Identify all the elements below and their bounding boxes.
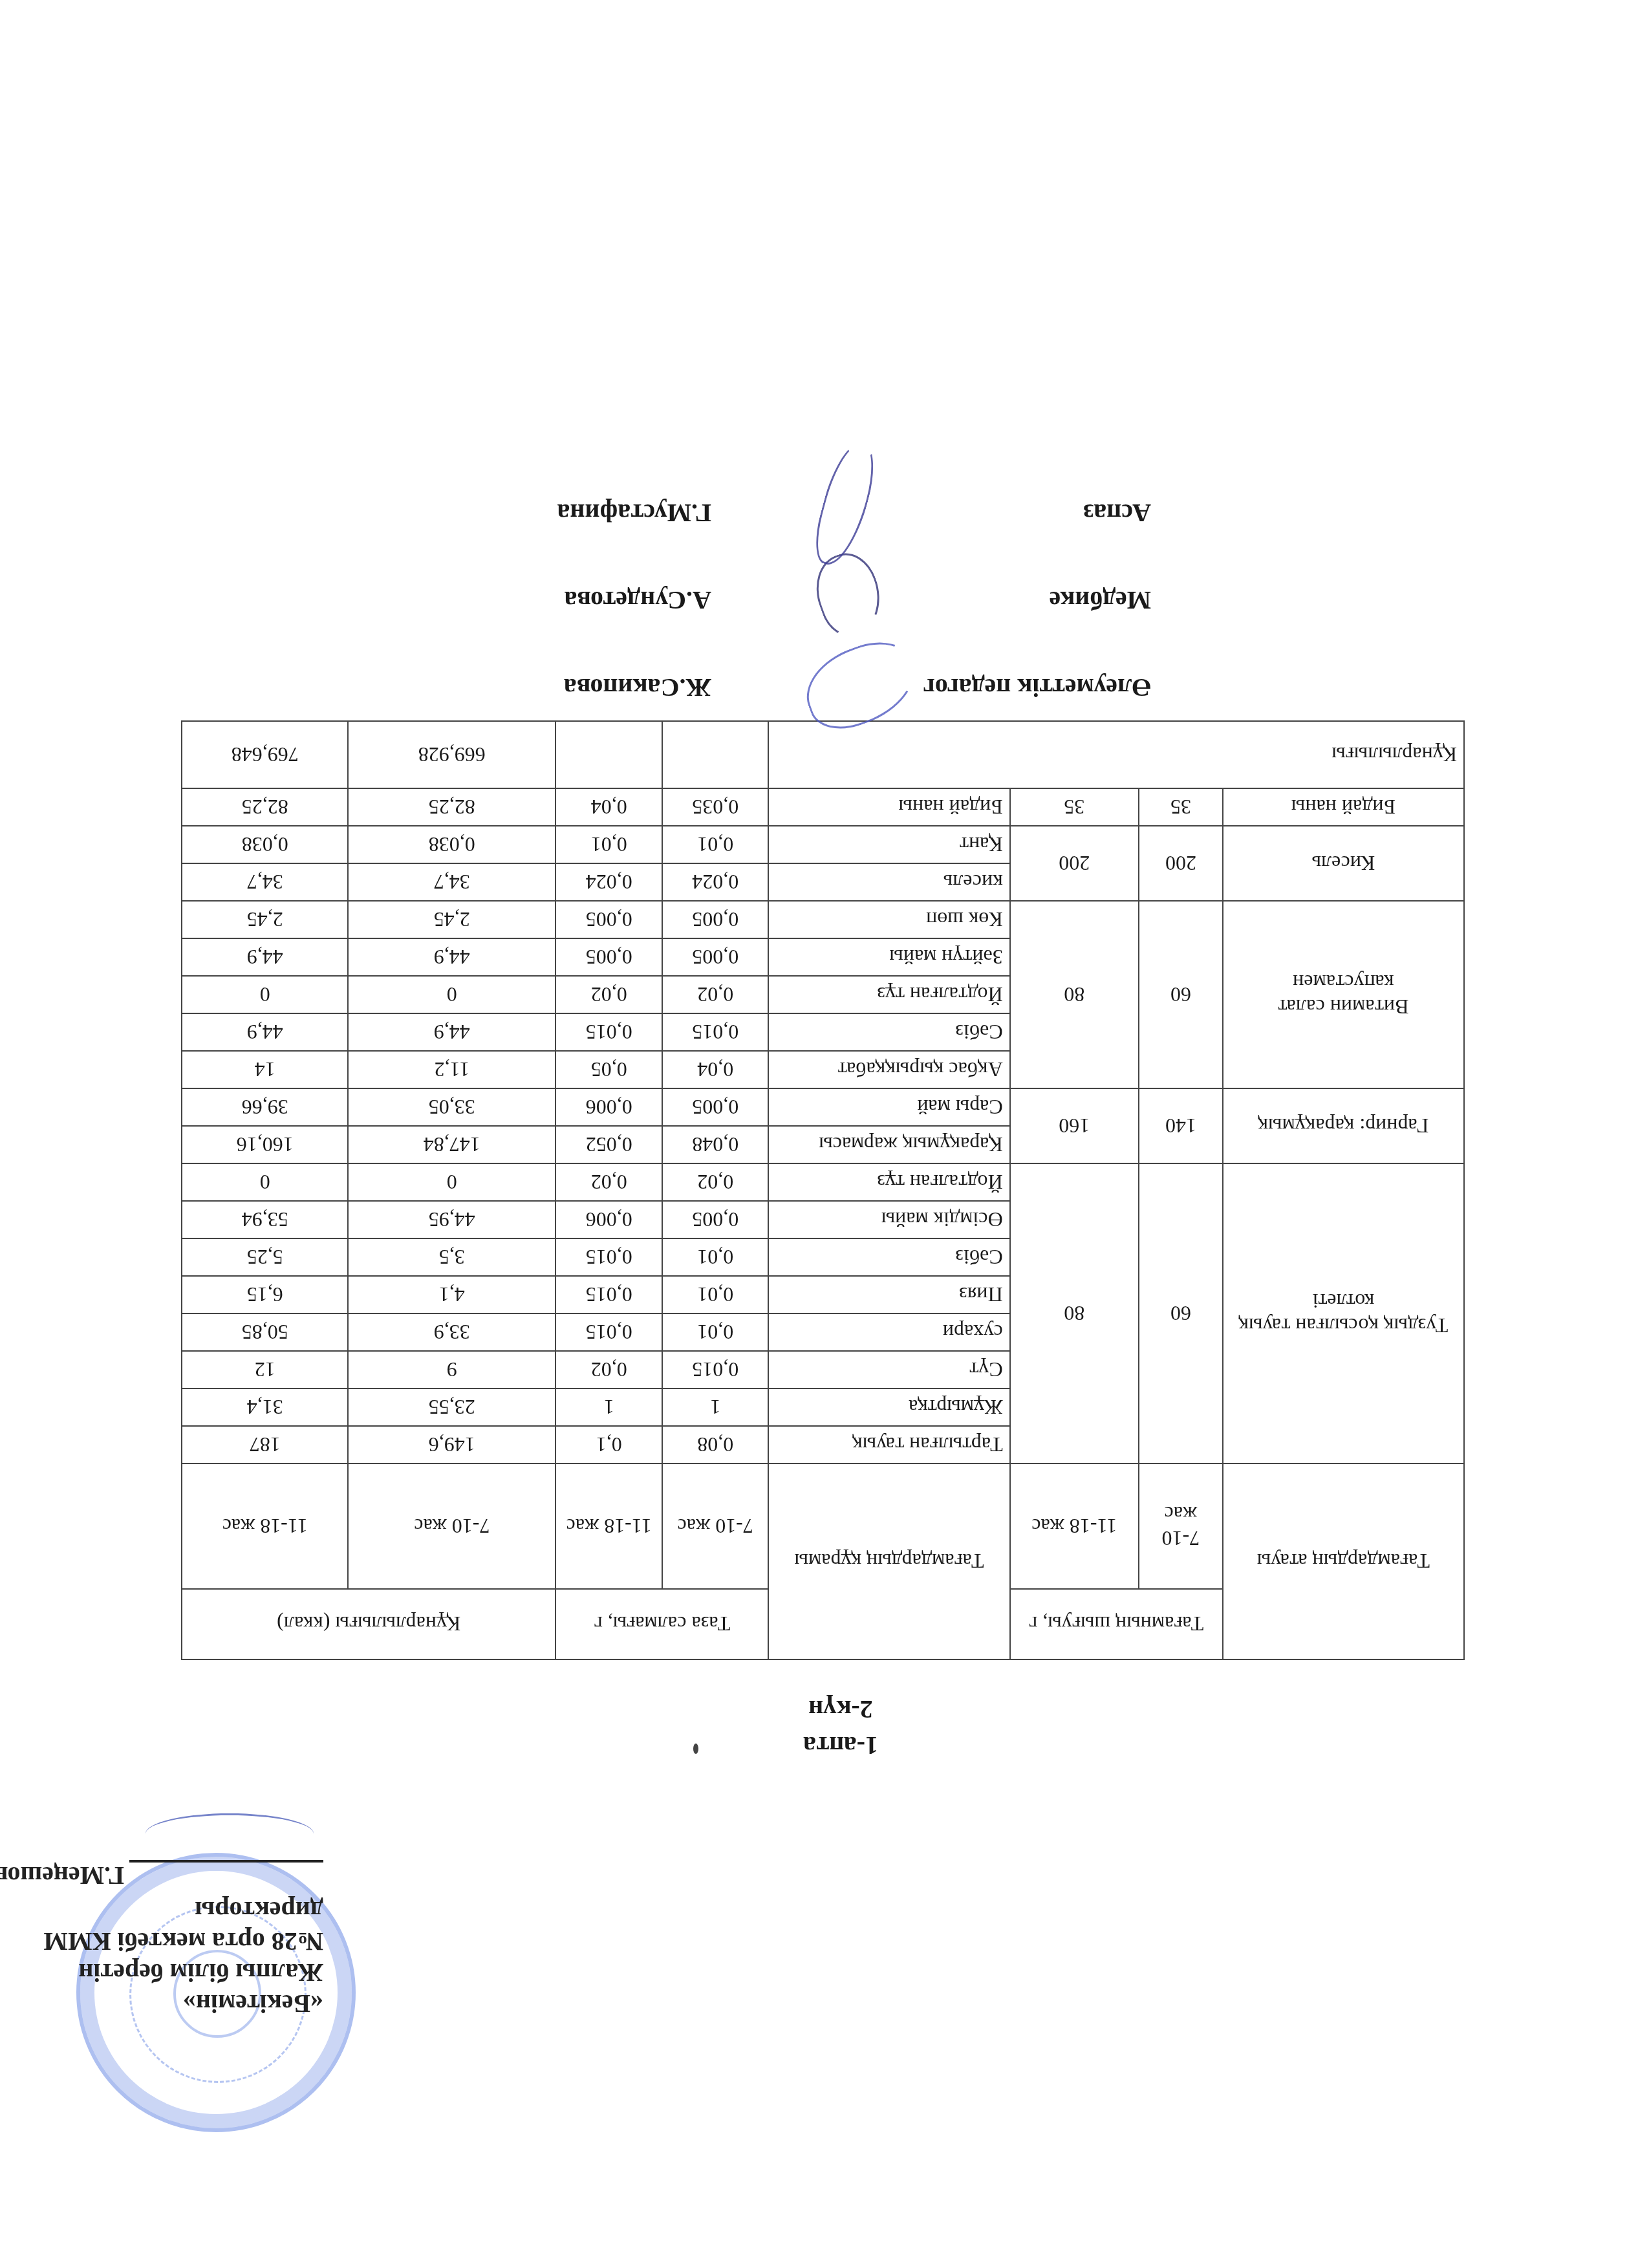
kcal-7-10: 33,05	[348, 1088, 555, 1126]
net-weight-7-10: 0,08	[662, 1426, 769, 1463]
menu-table-body: Туздық қосылған тауық котлеті6080Тартылғ…	[182, 721, 1464, 1463]
ingredient-name: Сәбіз	[769, 1238, 1010, 1276]
kcal-7-10: 9	[348, 1351, 555, 1388]
header-yield: Тағамның шығуы, г	[1010, 1589, 1223, 1659]
net-weight-11-18: 0,02	[555, 1351, 662, 1388]
net-weight-7-10: 0,005	[662, 938, 769, 976]
net-weight-7-10: 0,01	[662, 1276, 769, 1313]
ingredient-name: Сары май	[769, 1088, 1010, 1126]
header-weight-7-10: 7-10 жас	[662, 1463, 769, 1589]
kcal-11-18: 82,25	[182, 788, 348, 826]
day-label: 2-күн	[744, 1691, 938, 1727]
kcal-7-10: 44,9	[348, 1013, 555, 1051]
table-row: Кисель200200кисель0,0240,02434,734,7	[182, 863, 1464, 901]
total-empty-cell	[555, 721, 662, 788]
dish-name: Гарнир: қарақұмық	[1223, 1088, 1464, 1163]
dish-yield-7-10: 140	[1139, 1088, 1223, 1163]
kcal-7-10: 33,9	[348, 1313, 555, 1351]
menu-table: Тағамдардың атауы Тағамның шығуы, г Таға…	[181, 720, 1465, 1660]
net-weight-7-10: 0,015	[662, 1013, 769, 1051]
net-weight-11-18: 0,005	[555, 938, 662, 976]
total-label: Құнарлылығы	[769, 721, 1465, 788]
approval-title: «Бекітемін»	[0, 1988, 323, 2019]
header-composition: Тағамдардың құрамы	[769, 1463, 1010, 1659]
table-row: Бидай наны3535Бидай наны0,0350,0482,2582…	[182, 788, 1464, 826]
kcal-7-10: 44,95	[348, 1201, 555, 1238]
ingredient-name: Бидай наны	[769, 788, 1010, 826]
kcal-11-18: 12	[182, 1351, 348, 1388]
header-kcal-11-18: 11-18 жас	[182, 1463, 348, 1589]
kcal-7-10: 149,6	[348, 1426, 555, 1463]
document-title: 1-апта 2-күн	[744, 1691, 938, 1764]
director-signature-icon	[145, 1813, 314, 1854]
net-weight-7-10: 0,005	[662, 1201, 769, 1238]
signature-line	[129, 1860, 323, 1888]
net-weight-11-18: 0,052	[555, 1126, 662, 1163]
kcal-11-18: 0	[182, 1163, 348, 1201]
kcal-11-18: 2,45	[182, 901, 348, 938]
ingredient-name: Сәбіз	[769, 1013, 1010, 1051]
kcal-11-18: 39,66	[182, 1088, 348, 1126]
signature-row: Медбике А.Сундетова	[440, 528, 1151, 616]
net-weight-11-18: 0,024	[555, 863, 662, 901]
dish-yield-11-18: 160	[1010, 1088, 1139, 1163]
ingredient-name: Йодталған тұз	[769, 976, 1010, 1013]
kcal-11-18: 160,16	[182, 1126, 348, 1163]
header-yield-7-10: 7-10 жас	[1139, 1463, 1223, 1589]
dish-name: Витамин салат капустамен	[1223, 901, 1464, 1088]
net-weight-7-10: 0,048	[662, 1126, 769, 1163]
net-weight-11-18: 0,02	[555, 1163, 662, 1201]
ingredient-name: Өсімдік майы	[769, 1201, 1010, 1238]
dish-yield-11-18: 80	[1010, 901, 1139, 1088]
net-weight-11-18: 0,02	[555, 976, 662, 1013]
dish-yield-11-18: 80	[1010, 1163, 1139, 1463]
total-row: Құнарлылығы669,928769,648	[182, 721, 1464, 788]
net-weight-7-10: 0,04	[662, 1051, 769, 1088]
net-weight-7-10: 0,024	[662, 863, 769, 901]
ingredient-name: Қарақұмық жармасы	[769, 1126, 1010, 1163]
net-weight-7-10: 0,01	[662, 826, 769, 863]
net-weight-11-18: 0,015	[555, 1313, 662, 1351]
ingredient-name: Йодталған тұз	[769, 1163, 1010, 1201]
director-name: Г.Меңешова	[0, 1860, 124, 1891]
approval-block: «Бекітемін» Жалпы білім беретін №28 орта…	[0, 1860, 323, 2019]
total-kcal-7-10: 669,928	[348, 721, 555, 788]
total-kcal-11-18: 769,648	[182, 721, 348, 788]
kcal-7-10: 11,2	[348, 1051, 555, 1088]
kcal-11-18: 187	[182, 1426, 348, 1463]
kcal-7-10: 4,1	[348, 1276, 555, 1313]
kcal-11-18: 44,9	[182, 938, 348, 976]
dish-yield-7-10: 60	[1139, 901, 1223, 1088]
dish-name: Туздық қосылған тауық котлеті	[1223, 1163, 1464, 1463]
dish-yield-7-10: 60	[1139, 1163, 1223, 1463]
kcal-11-18: 5,25	[182, 1238, 348, 1276]
signature-row: Әлеуметтік педагог Ж.Сакипова	[440, 616, 1151, 703]
kcal-11-18: 31,4	[182, 1388, 348, 1426]
dish-yield-11-18: 35	[1010, 788, 1139, 826]
week-label: 1-апта	[744, 1727, 938, 1764]
dish-yield-7-10: 200	[1139, 826, 1223, 901]
net-weight-11-18: 0,015	[555, 1013, 662, 1051]
net-weight-7-10: 0,01	[662, 1313, 769, 1351]
kcal-7-10: 147,84	[348, 1126, 555, 1163]
kcal-11-18: 0,038	[182, 826, 348, 863]
approval-position: директоры	[0, 1895, 323, 1926]
net-weight-7-10: 0,02	[662, 1163, 769, 1201]
ingredient-name: Пияз	[769, 1276, 1010, 1313]
signatures-block: Әлеуметтік педагог Ж.Сакипова Медбике А.…	[440, 441, 1151, 703]
menu-document-page: «Бекітемін» Жалпы білім беретін №28 орта…	[0, 0, 1649, 2268]
net-weight-7-10: 0,005	[662, 901, 769, 938]
net-weight-11-18: 0,1	[555, 1426, 662, 1463]
net-weight-7-10: 0,015	[662, 1351, 769, 1388]
kcal-11-18: 50,85	[182, 1313, 348, 1351]
kcal-11-18: 0	[182, 976, 348, 1013]
kcal-11-18: 53,94	[182, 1201, 348, 1238]
ingredient-name: Қант	[769, 826, 1010, 863]
signature-role: Әлеуметтік педагог	[923, 673, 1151, 703]
ingredient-name: сухари	[769, 1313, 1010, 1351]
kcal-7-10: 0	[348, 1163, 555, 1201]
header-yield-11-18: 11-18 жас	[1010, 1463, 1139, 1589]
header-kcal-7-10: 7-10 жас	[348, 1463, 555, 1589]
ingredient-name: Жұмыртқа	[769, 1388, 1010, 1426]
kcal-7-10: 34,7	[348, 863, 555, 901]
ingredient-name: Ақбас қырыққабат	[769, 1051, 1010, 1088]
net-weight-11-18: 0,015	[555, 1276, 662, 1313]
kcal-7-10: 82,25	[348, 788, 555, 826]
kcal-7-10: 44,9	[348, 938, 555, 976]
dish-name: Бидай наны	[1223, 788, 1464, 826]
kcal-7-10: 0	[348, 976, 555, 1013]
table-row: Туздық қосылған тауық котлеті6080Тартылғ…	[182, 1426, 1464, 1463]
net-weight-7-10: 0,005	[662, 1088, 769, 1126]
table-header-row: Тағамдардың атауы Тағамның шығуы, г Таға…	[182, 1589, 1464, 1659]
kcal-7-10: 23,55	[348, 1388, 555, 1426]
signature-role: Аспаз	[1083, 498, 1151, 528]
ingredient-name: кисель	[769, 863, 1010, 901]
ink-dot	[693, 1744, 698, 1754]
dish-yield-7-10: 35	[1139, 788, 1223, 826]
header-calories: Құнарлылығы (ккал)	[182, 1589, 555, 1659]
signature-name: А.Сундетова	[564, 585, 711, 616]
approval-org-line1: Жалпы білім беретін	[0, 1957, 323, 1988]
header-weight-11-18: 11-18 жас	[555, 1463, 662, 1589]
net-weight-11-18: 0,04	[555, 788, 662, 826]
net-weight-11-18: 0,006	[555, 1088, 662, 1126]
net-weight-11-18: 0,01	[555, 826, 662, 863]
net-weight-11-18: 0,05	[555, 1051, 662, 1088]
net-weight-11-18: 1	[555, 1388, 662, 1426]
net-weight-7-10: 0,02	[662, 976, 769, 1013]
dish-name: Кисель	[1223, 826, 1464, 901]
ingredient-name: Тартылған тауық	[769, 1426, 1010, 1463]
dish-yield-11-18: 200	[1010, 826, 1139, 901]
header-net-weight: Таза салмағы, г	[555, 1589, 768, 1659]
kcal-11-18: 44,9	[182, 1013, 348, 1051]
net-weight-11-18: 0,005	[555, 901, 662, 938]
kcal-7-10: 2,45	[348, 901, 555, 938]
signature-role: Медбике	[1049, 585, 1151, 616]
ingredient-name: Зәйтүн майы	[769, 938, 1010, 976]
net-weight-7-10: 0,035	[662, 788, 769, 826]
kcal-11-18: 14	[182, 1051, 348, 1088]
net-weight-7-10: 0,01	[662, 1238, 769, 1276]
table-row: Витамин салат капустамен6080Ақбас қырыққ…	[182, 1051, 1464, 1088]
total-empty-cell	[662, 721, 769, 788]
net-weight-11-18: 0,006	[555, 1201, 662, 1238]
signature-name: Г.Мустафина	[557, 498, 711, 528]
ingredient-name: Көк шөп	[769, 901, 1010, 938]
ingredient-name: Сүт	[769, 1351, 1010, 1388]
kcal-11-18: 34,7	[182, 863, 348, 901]
header-dish-name: Тағамдардың атауы	[1223, 1463, 1464, 1659]
kcal-7-10: 0,038	[348, 826, 555, 863]
approval-org-line2: №28 орта мектебі КММ	[0, 1926, 323, 1957]
signature-name: Ж.Сакипова	[564, 673, 711, 703]
table-row: Гарнир: қарақұмық140160Қарақұмық жармасы…	[182, 1126, 1464, 1163]
net-weight-11-18: 0,015	[555, 1238, 662, 1276]
kcal-7-10: 3,5	[348, 1238, 555, 1276]
net-weight-7-10: 1	[662, 1388, 769, 1426]
signature-row: Аспаз Г.Мустафина	[440, 441, 1151, 528]
kcal-11-18: 6,15	[182, 1276, 348, 1313]
director-sign-row: Г.Меңешова	[0, 1860, 323, 1891]
